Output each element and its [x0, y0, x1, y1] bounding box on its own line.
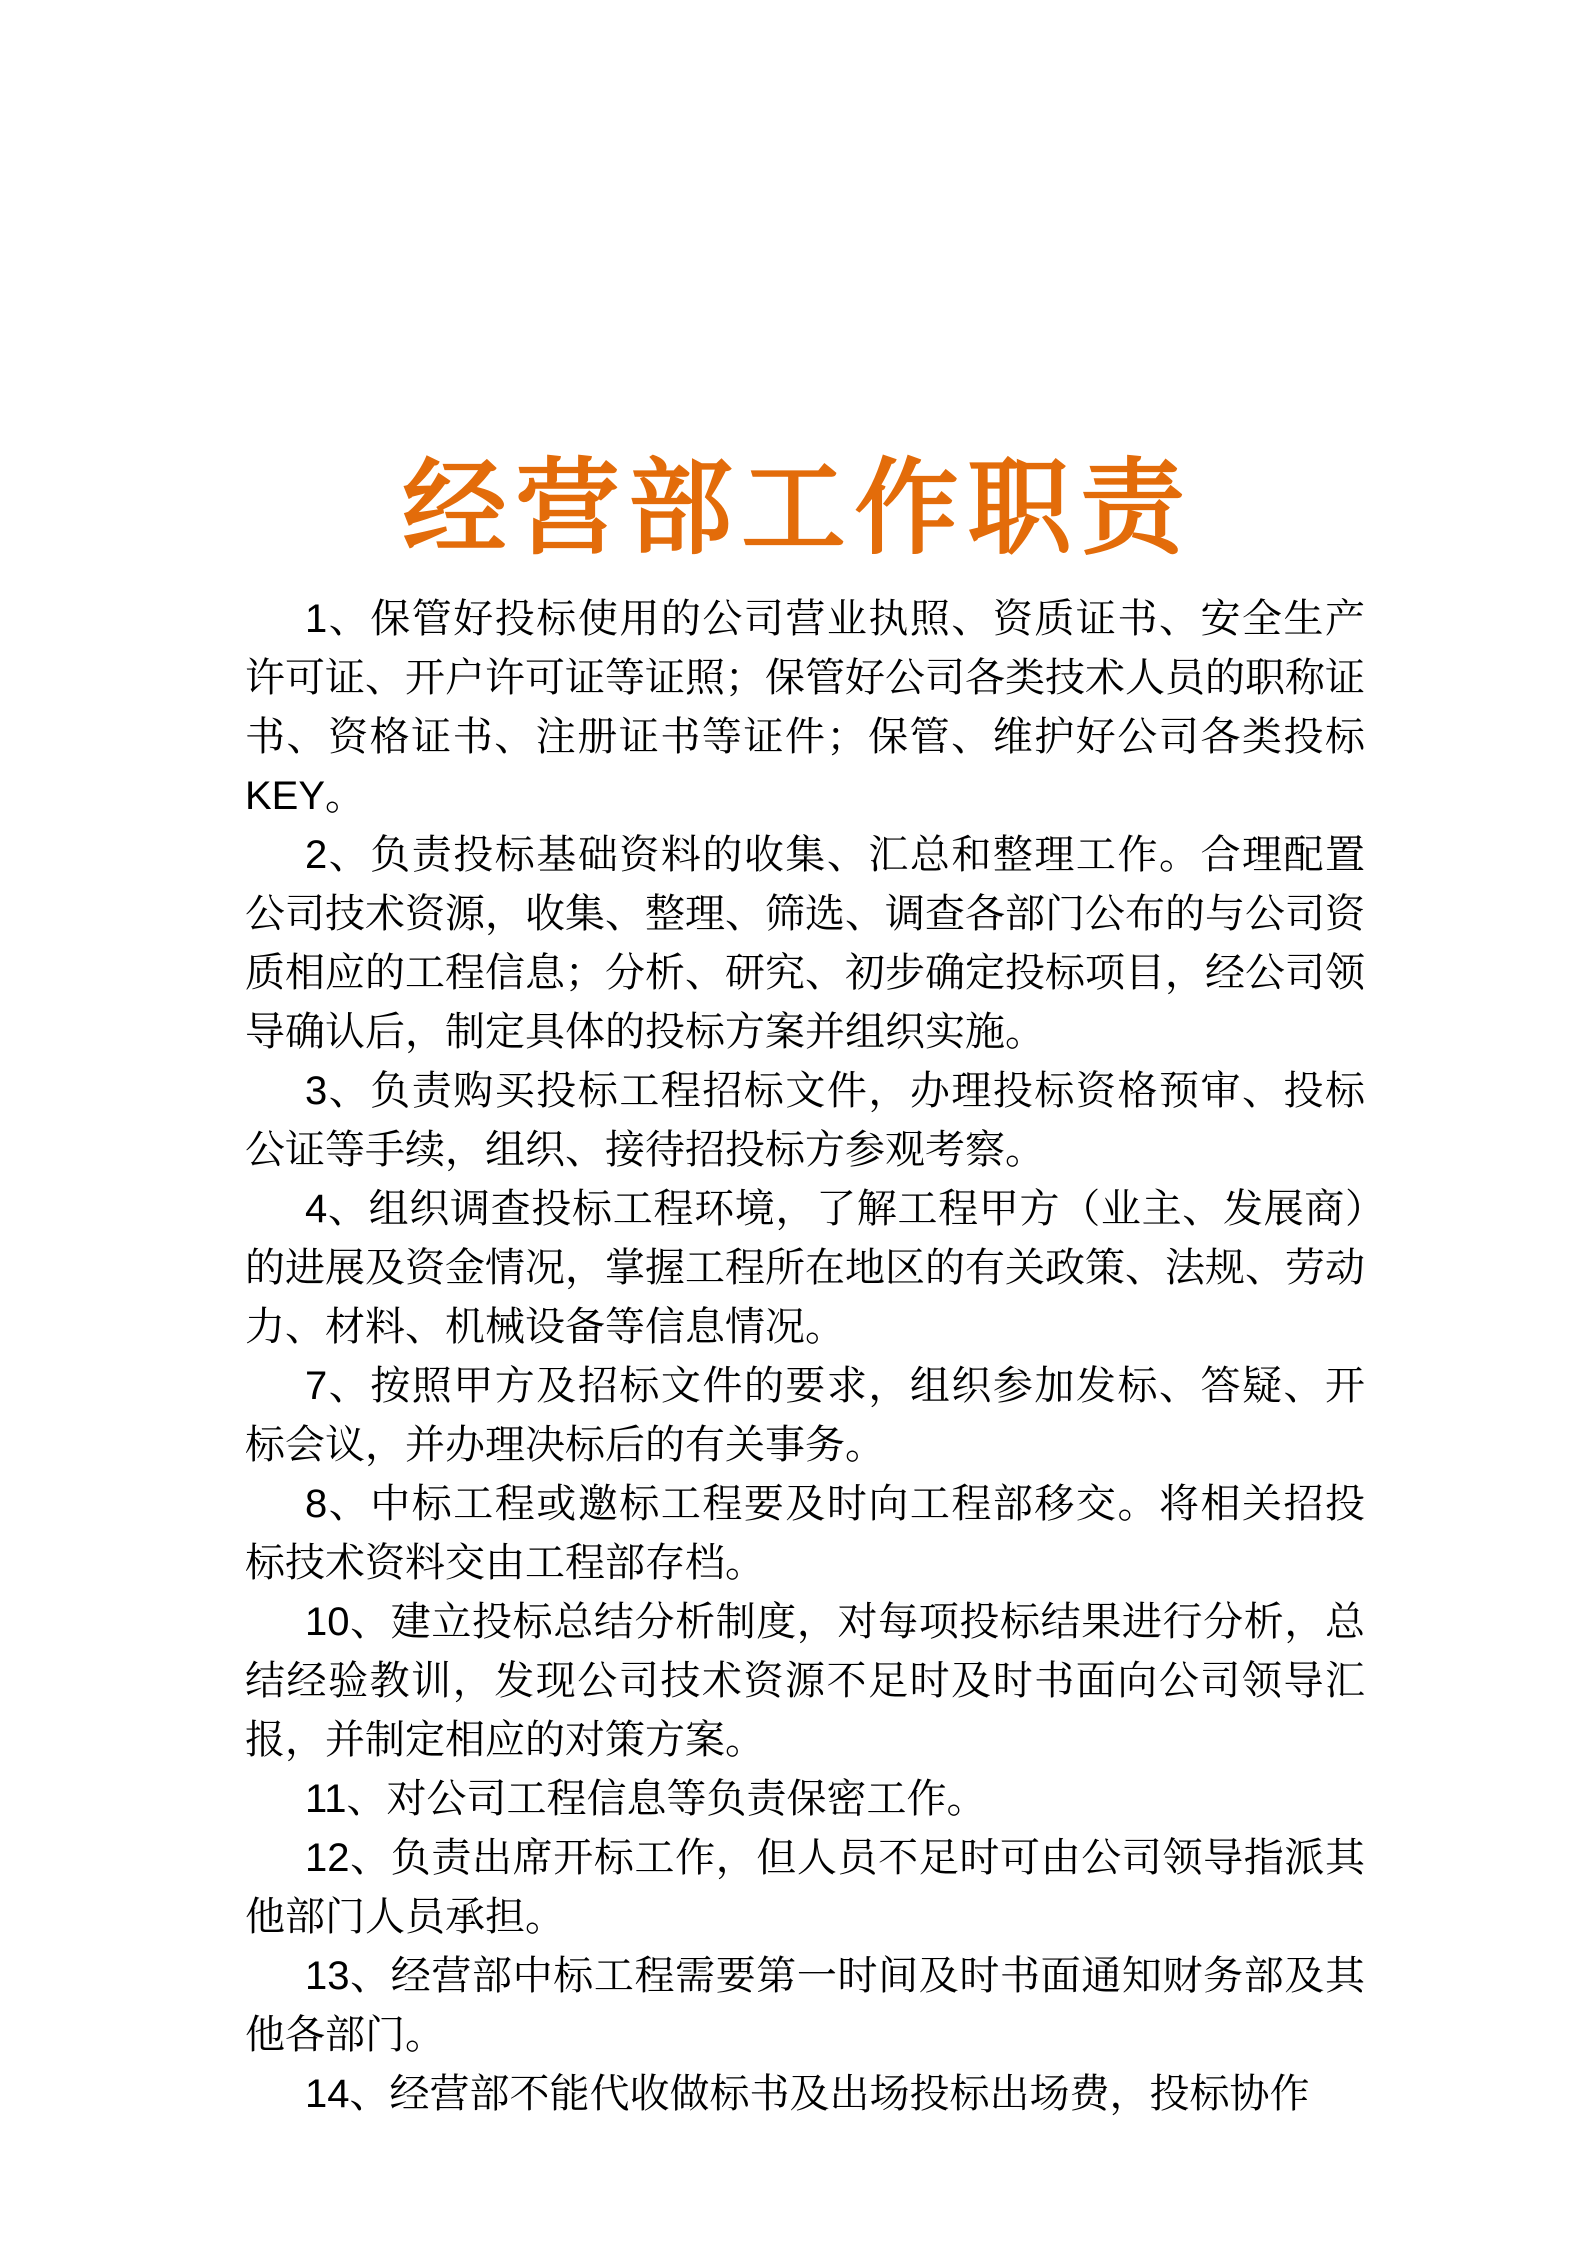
document-body: 1、保管好投标使用的公司营业执照、资质证书、安全生产许可证、开户许可证等证照；保… — [245, 590, 1365, 2124]
paragraph-10: 10、建立投标总结分析制度，对每项投标结果进行分析，总结经验教训，发现公司技术资… — [245, 1593, 1365, 1770]
paragraph-7: 7、按照甲方及招标文件的要求，组织参加发标、答疑、开标会议，并办理决标后的有关事… — [245, 1357, 1365, 1475]
document-page: 经营部工作职责 1、保管好投标使用的公司营业执照、资质证书、安全生产许可证、开户… — [0, 0, 1587, 2245]
paragraph-4: 4、组织调查投标工程环境，了解工程甲方（业主、发展商）的进展及资金情况，掌握工程… — [245, 1180, 1365, 1357]
paragraph-12: 12、负责出席开标工作，但人员不足时可由公司领导指派其他部门人员承担。 — [245, 1829, 1365, 1947]
paragraph-8: 8、中标工程或邀标工程要及时向工程部移交。将相关招投标技术资料交由工程部存档。 — [245, 1475, 1365, 1593]
paragraph-11: 11、对公司工程信息等负责保密工作。 — [245, 1770, 1365, 1829]
page-title: 经营部工作职责 — [0, 452, 1587, 566]
paragraph-13: 13、经营部中标工程需要第一时间及时书面通知财务部及其他各部门。 — [245, 1947, 1365, 2065]
paragraph-2: 2、负责投标基础资料的收集、汇总和整理工作。合理配置公司技术资源，收集、整理、筛… — [245, 826, 1365, 1062]
paragraph-1: 1、保管好投标使用的公司营业执照、资质证书、安全生产许可证、开户许可证等证照；保… — [245, 590, 1365, 826]
paragraph-14: 14、经营部不能代收做标书及出场投标出场费，投标协作 — [245, 2065, 1365, 2124]
paragraph-3: 3、负责购买投标工程招标文件，办理投标资格预审、投标公证等手续，组织、接待招投标… — [245, 1062, 1365, 1180]
